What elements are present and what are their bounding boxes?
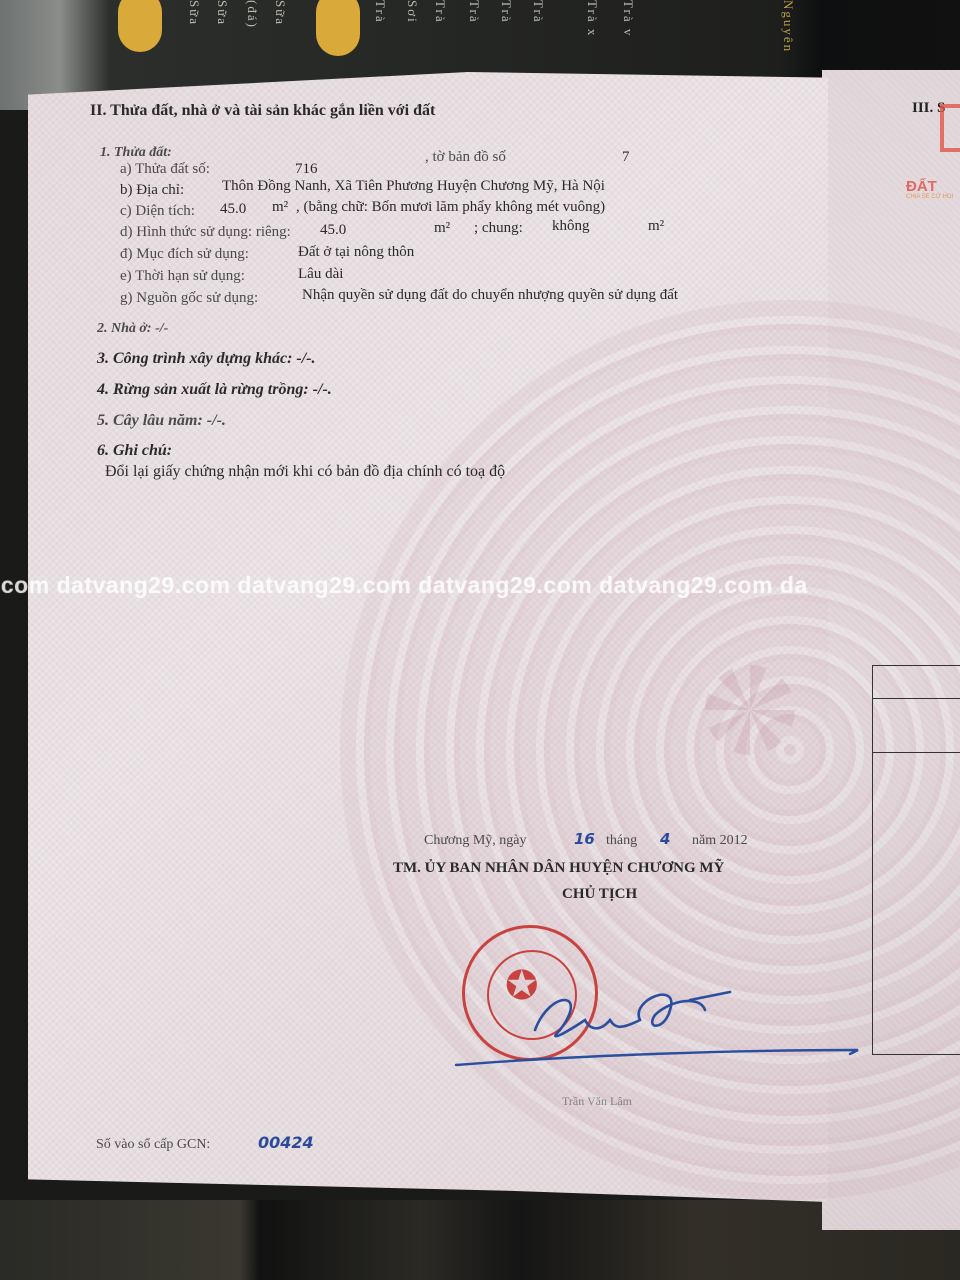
registry-number: 00424 (258, 1133, 314, 1152)
year-label: năm 2012 (692, 833, 748, 849)
table-row-line (873, 698, 960, 699)
box-text: Sơi (404, 0, 420, 24)
section-title: II. Thửa đất, nhà ở và tài sản khác gắn … (90, 102, 435, 120)
parcel-label: a) Thửa đất số: (120, 161, 210, 178)
area-unit: m² (272, 199, 288, 216)
datvang29-watermark: .com datvang29.com datvang29.com datvang… (0, 572, 960, 599)
origin-value: Nhận quyền sử dụng đất do chuyển nhượng … (302, 287, 678, 304)
decorative-label (118, 0, 162, 52)
box-text: Trà (498, 0, 514, 24)
logo-text: ĐẤT (906, 178, 937, 195)
changes-table (872, 665, 960, 1055)
date-prefix: Chương Mỹ, ngày (424, 833, 527, 849)
signer-title: CHỦ TỊCH (562, 886, 637, 903)
map-sheet-number: 7 (622, 149, 630, 166)
box-text: Sữa (186, 0, 202, 26)
box-text: Trà (530, 0, 546, 24)
background-table-surface (0, 1200, 960, 1280)
usage-private-unit: m² (434, 220, 450, 237)
month-label: tháng (606, 833, 637, 849)
usage-shared-label: ; chung: (474, 220, 523, 237)
area-value: 45.0 (220, 201, 246, 218)
box-text: (đá) (244, 0, 260, 29)
box-text: Trà x (584, 0, 600, 37)
area-label: c) Diện tích: (120, 203, 195, 220)
usage-shared-value: không (552, 218, 590, 235)
date-day: 16 (574, 830, 595, 848)
logo-subtitle: CHIA SẺ CƠ HỘI (906, 194, 953, 200)
area-in-words: , (bằng chữ: Bốn mươi lăm phẩy không mét… (296, 199, 605, 216)
parcel-number: 716 (295, 161, 318, 178)
box-text: Trà (466, 0, 482, 24)
box-text: Trà (372, 0, 388, 24)
box-text: Nguyên (780, 0, 796, 53)
notes-heading: 6. Ghi chú: (97, 442, 172, 460)
house-item: 2. Nhà ở: -/- (97, 321, 168, 337)
term-value: Lâu dài (298, 266, 343, 283)
signer-name: Trần Văn Lâm (562, 1094, 632, 1109)
date-month: 4 (660, 830, 670, 848)
box-text: Sữa (214, 0, 230, 26)
term-label: e) Thời hạn sử dụng: (120, 268, 245, 285)
other-construction-item: 3. Công trình xây dựng khác: -/-. (97, 350, 316, 368)
usage-shared-unit: m² (648, 218, 664, 235)
box-text: Trà v (620, 0, 636, 37)
table-row-line (873, 752, 960, 753)
drum-star-pattern (705, 665, 795, 755)
decorative-label (316, 0, 360, 56)
box-text: Trà (432, 0, 448, 24)
address-label: b) Địa chỉ: (120, 182, 184, 199)
perennial-item: 5. Cây lâu năm: -/-. (97, 412, 226, 430)
issuing-authority: TM. ỦY BAN NHÂN DÂN HUYỆN CHƯƠNG MỸ (393, 860, 724, 877)
purpose-label: đ) Mục đích sử dụng: (120, 246, 249, 263)
datvang-logo-icon (940, 104, 960, 152)
signature (440, 970, 880, 1080)
map-sheet-label: , tờ bản đồ số (425, 149, 506, 166)
origin-label: g) Nguồn gốc sử dụng: (120, 290, 258, 307)
forest-item: 4. Rừng sản xuất là rừng trồng: -/-. (97, 381, 332, 399)
box-text: Sữa (272, 0, 288, 26)
notes-text: Đổi lại giấy chứng nhận mới khi có bản đ… (105, 463, 505, 481)
registry-label: Số vào sổ cấp GCN: (96, 1137, 210, 1153)
usage-form-label: d) Hình thức sử dụng: riêng: (120, 224, 291, 241)
address-value: Thôn Đồng Nanh, Xã Tiên Phương Huyện Chư… (222, 178, 605, 195)
land-heading: 1. Thửa đất: (100, 145, 172, 161)
purpose-value: Đất ở tại nông thôn (298, 244, 414, 261)
usage-private-value: 45.0 (320, 222, 346, 239)
